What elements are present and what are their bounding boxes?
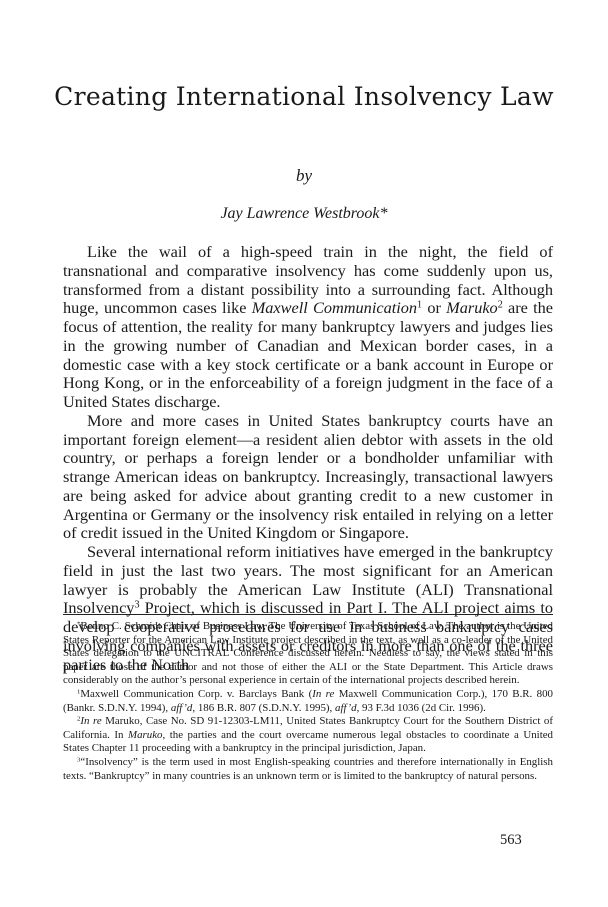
paragraph-2: More and more cases in United States ban… (63, 412, 553, 543)
article-body: Like the wail of a high-speed train in t… (63, 243, 553, 674)
footnote-italic: In re (312, 688, 334, 700)
page-number: 563 (500, 832, 522, 849)
paragraph-1: Like the wail of a high-speed train in t… (63, 243, 553, 412)
footnote-italic: aff’d (171, 702, 193, 714)
footnote-text: Benno C. Schmidt Chair of Business Law, … (63, 620, 553, 686)
article-title: Creating International Insolvency Law (0, 78, 608, 116)
footnote-italic: In re (80, 715, 101, 727)
author-name: Jay Lawrence Westbrook* (0, 205, 608, 223)
paragraph-text: or (422, 298, 446, 317)
byline-by: by (0, 166, 608, 186)
footnote-star: *Benno C. Schmidt Chair of Business Law,… (63, 620, 553, 688)
author-name-text: Jay Lawrence Westbrook (220, 205, 379, 222)
footnote-2: 2In re Maruko, Case No. SD 91-12303-LM11… (63, 715, 553, 756)
footnote-text: Maxwell Communication Corp. v. Barclays … (80, 688, 312, 700)
footnote-separator (63, 614, 553, 615)
footnotes: *Benno C. Schmidt Chair of Business Law,… (63, 620, 553, 783)
case-name: Maxwell Communication (252, 298, 417, 317)
document-page: Creating International Insolvency Law by… (0, 0, 608, 907)
footnote-3: 3“Insolvency” is the term used in most E… (63, 756, 553, 783)
author-footnote-mark: * (380, 205, 388, 222)
footnote-italic: Maruko (128, 729, 162, 741)
footnote-1: 1Maxwell Communication Corp. v. Barclays… (63, 688, 553, 715)
footnote-text: , 93 F.3d 1036 (2d Cir. 1996). (357, 702, 486, 714)
footnote-text: “Insolvency” is the term used in most En… (63, 756, 553, 782)
case-name: Maruko (446, 298, 498, 317)
footnote-italic: aff’d (335, 702, 357, 714)
footnote-text: , 186 B.R. 807 (S.D.N.Y. 1995), (192, 702, 335, 714)
